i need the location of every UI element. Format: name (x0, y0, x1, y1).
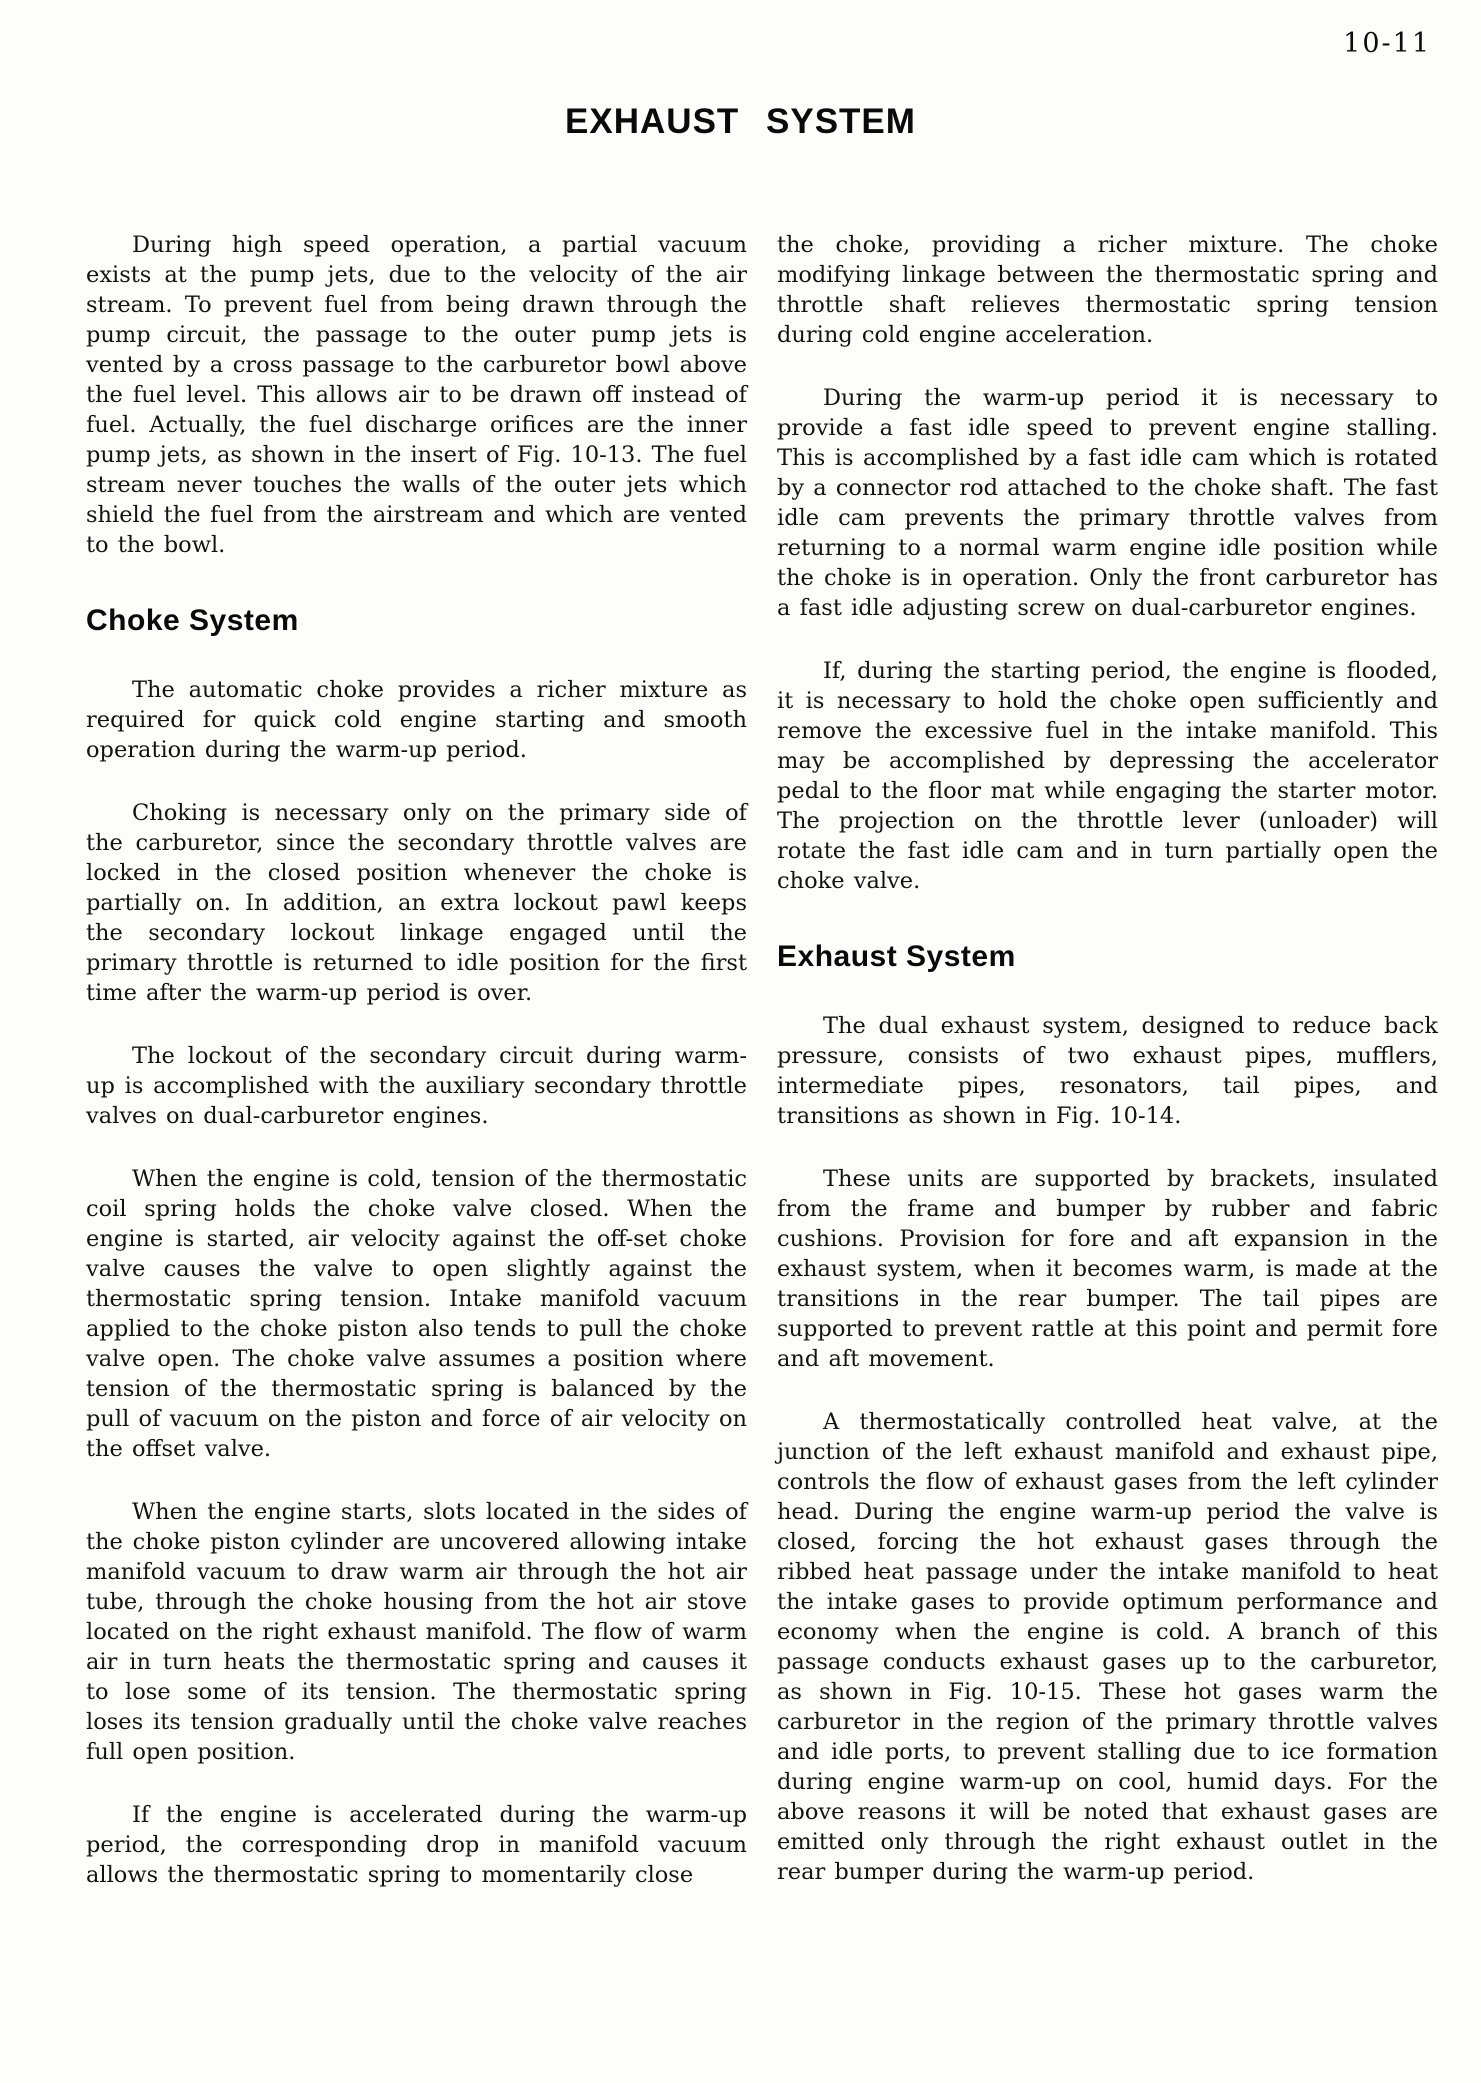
paragraph-engine-accelerated-warmup: If the engine is accelerated during the … (86, 1800, 747, 1890)
choke-system-heading: Choke System (86, 604, 747, 638)
exhaust-system-heading: Exhaust System (777, 940, 1438, 974)
paragraph-warmup-fast-idle: During the warm-up period it is necessar… (777, 383, 1438, 623)
right-column: the choke, providing a richer mixture. T… (777, 230, 1438, 1890)
paragraph-flooded-engine-unloader: If, during the starting period, the engi… (777, 656, 1438, 896)
paragraph-choking-primary-side: Choking is necessary only on the primary… (86, 798, 747, 1008)
page-number: 10-11 (1343, 28, 1431, 59)
paragraph-secondary-lockout: The lockout of the secondary circuit dur… (86, 1041, 747, 1131)
left-column: During high speed operation, a partial v… (86, 230, 747, 1890)
paragraph-heat-valve: A thermostatically controlled heat valve… (777, 1407, 1438, 1887)
paragraph-brackets-cushions: These units are supported by brackets, i… (777, 1164, 1438, 1374)
page-title: EXHAUST SYSTEM (0, 102, 1481, 142)
paragraph-pump-jets-vacuum: During high speed operation, a partial v… (86, 230, 747, 560)
paragraph-engine-starts-slots: When the engine starts, slots located in… (86, 1497, 747, 1767)
manual-page: 10-11 EXHAUST SYSTEM During high speed o… (0, 0, 1481, 2083)
paragraph-engine-cold-thermostatic: When the engine is cold, tension of the … (86, 1164, 747, 1464)
paragraph-automatic-choke: The automatic choke provides a richer mi… (86, 675, 747, 765)
paragraph-choke-richer-mixture: the choke, providing a richer mixture. T… (777, 230, 1438, 350)
paragraph-dual-exhaust-system: The dual exhaust system, designed to red… (777, 1011, 1438, 1131)
text-columns: During high speed operation, a partial v… (86, 230, 1438, 1890)
